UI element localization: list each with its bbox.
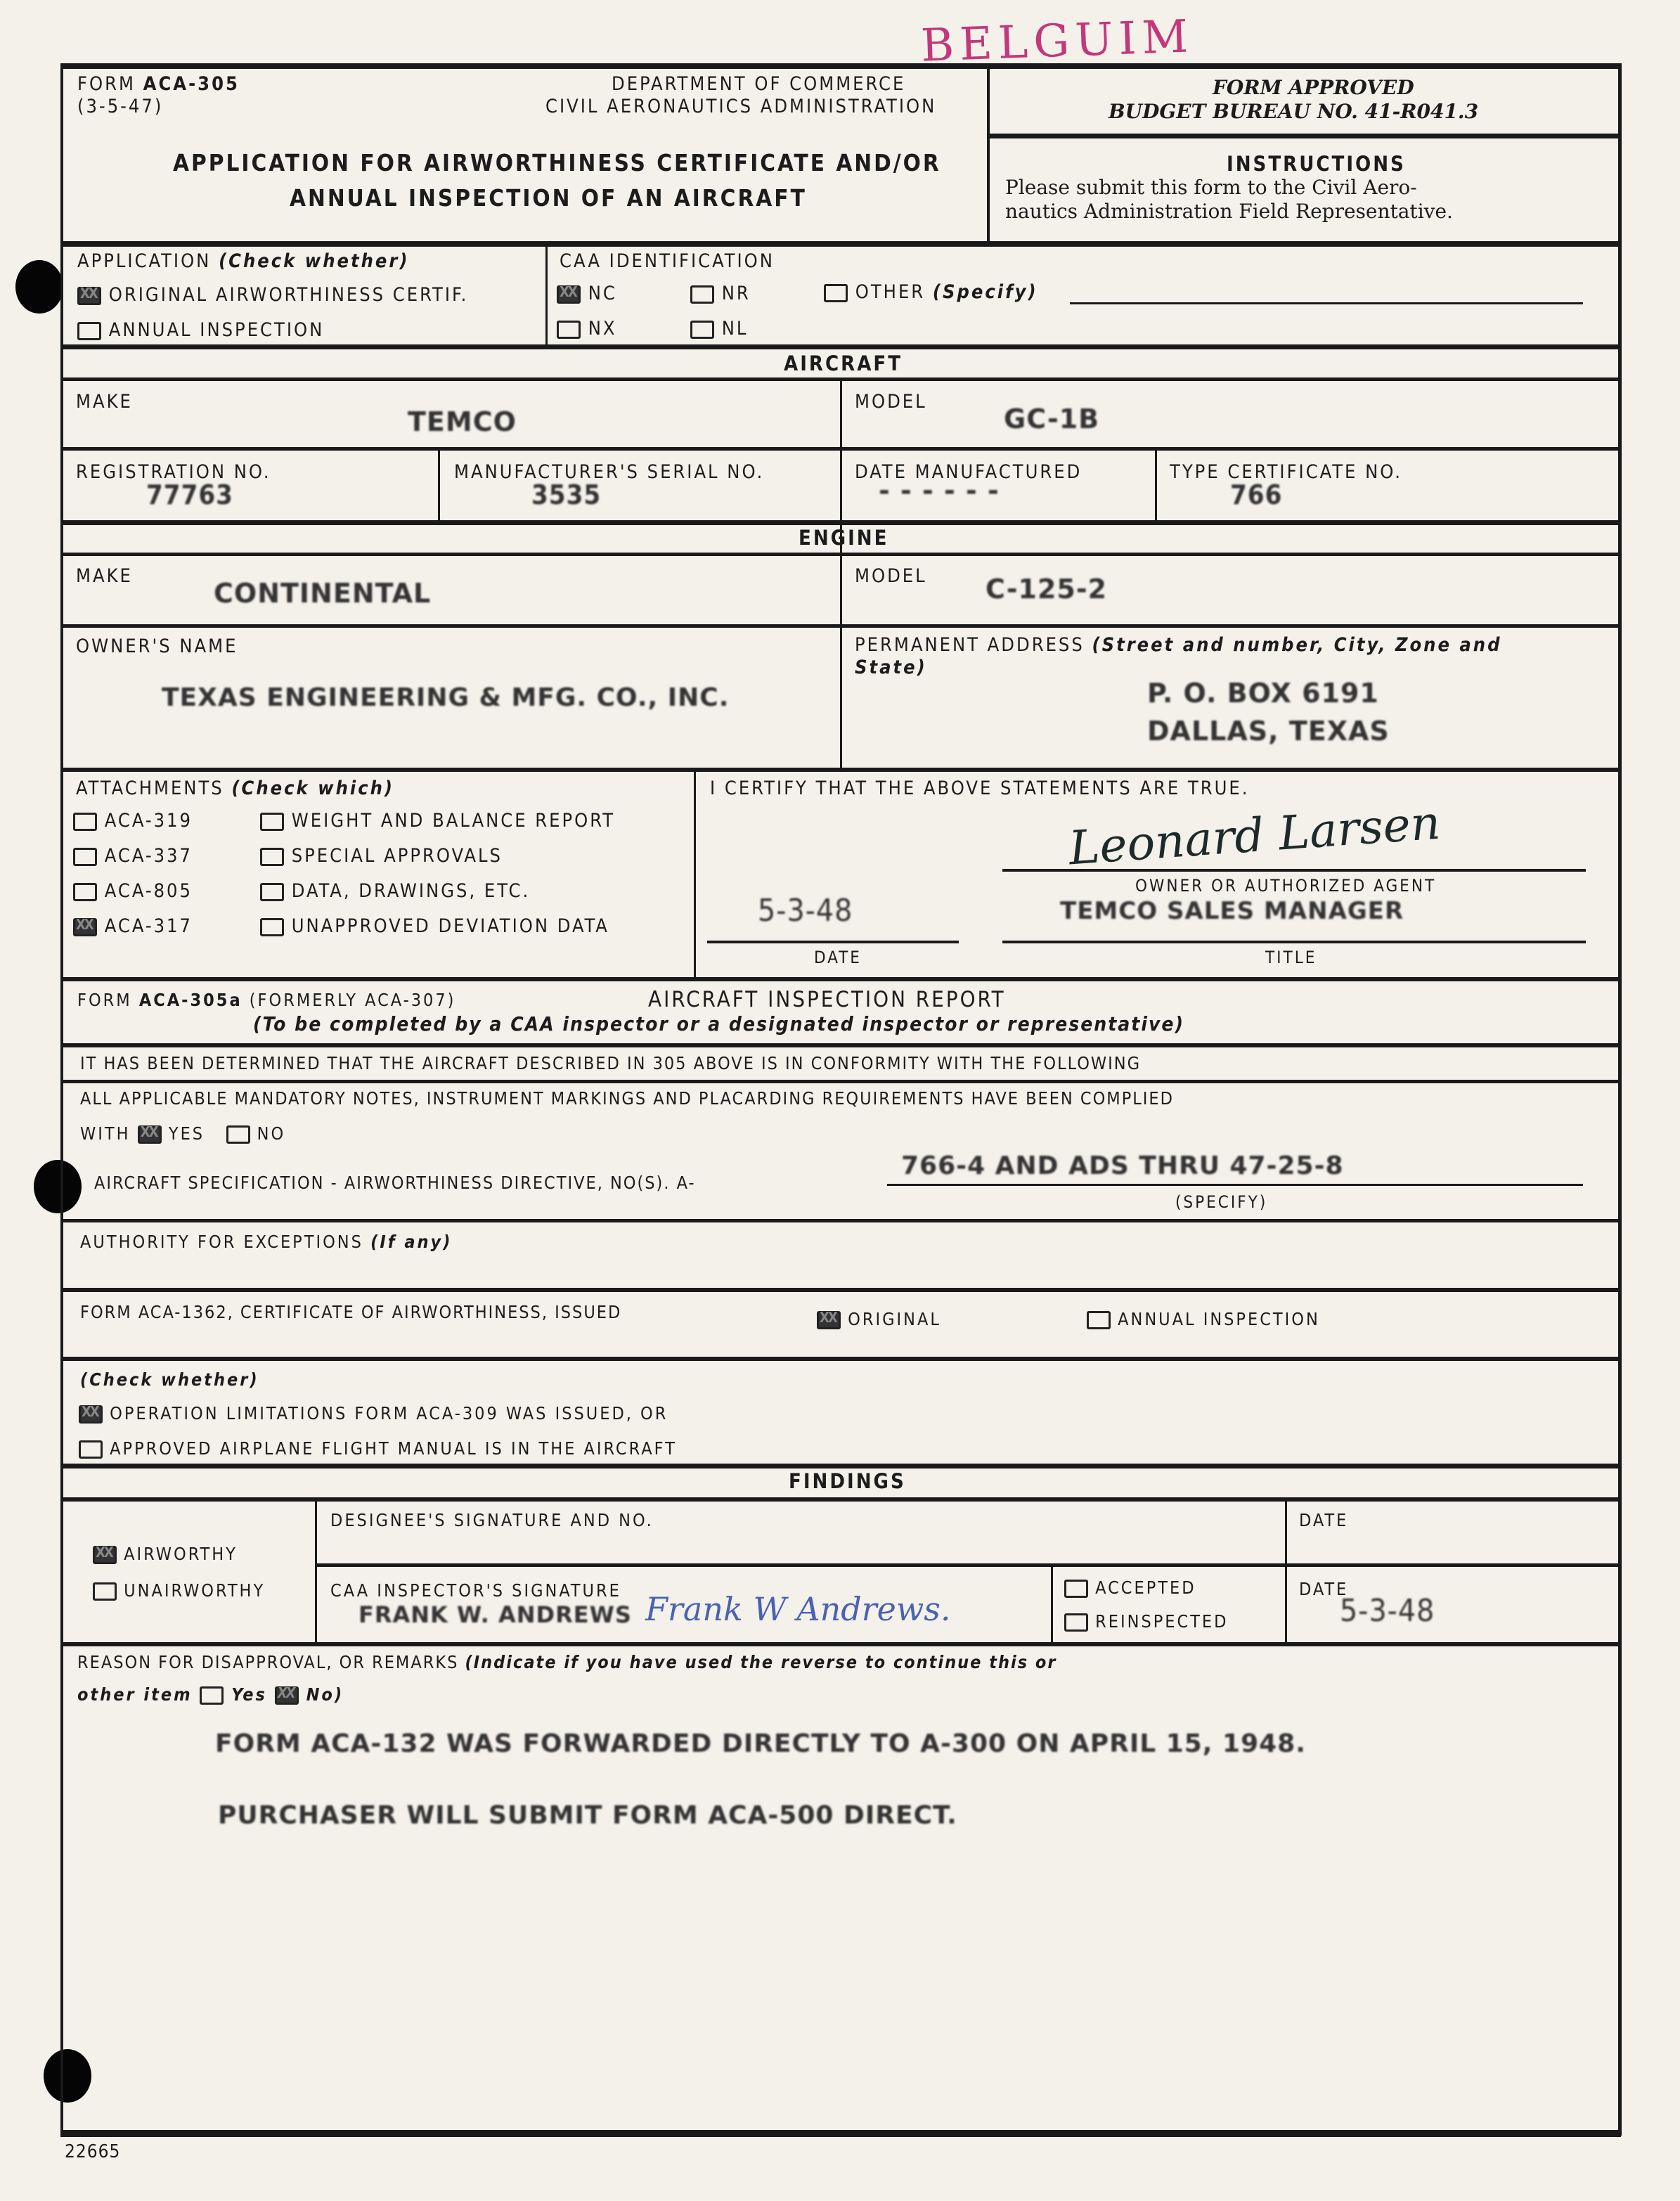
checkbox-label: No) <box>306 1684 344 1705</box>
frame-bottom <box>60 2130 1621 2137</box>
certification-title-value[interactable]: TEMCO SALES MANAGER <box>1060 897 1404 925</box>
rule <box>60 553 1621 556</box>
checkbox-label: NR <box>722 283 751 304</box>
divider <box>694 769 696 979</box>
mandatory-statement: ALL APPLICABLE MANDATORY NOTES, INSTRUME… <box>80 1088 1174 1109</box>
checkbox-accepted[interactable] <box>1064 1580 1088 1598</box>
checkbox-reinspected[interactable] <box>1064 1613 1088 1632</box>
date-caption: DATE <box>814 948 862 967</box>
address-label: PERMANENT ADDRESS <box>855 634 1085 656</box>
remarks-line2[interactable]: PURCHASER WILL SUBMIT FORM ACA-500 DIREC… <box>218 1801 957 1830</box>
certificate-option-original[interactable]: ORIGINAL <box>817 1309 941 1329</box>
checkbox-label: DATA, DRAWINGS, ETC. <box>292 880 530 902</box>
engine-model-label: MODEL <box>855 565 927 587</box>
aircraft-make-label: MAKE <box>76 391 133 413</box>
address-line2[interactable]: DALLAS, TEXAS <box>1147 716 1390 747</box>
caa-option-nx[interactable]: NX <box>557 318 617 340</box>
address-hint-2: State) <box>855 657 927 678</box>
checkbox-special-approvals[interactable] <box>260 848 284 866</box>
designee-date-label: DATE <box>1299 1510 1348 1530</box>
punch-hole-top <box>15 260 63 314</box>
divider <box>315 1500 317 1646</box>
checkbox-original-airworthiness[interactable] <box>77 287 101 305</box>
signature-caption: OWNER OR AUTHORIZED AGENT <box>1135 876 1436 896</box>
remarks-line1[interactable]: FORM ACA-132 WAS FORWARDED DIRECTLY TO A… <box>215 1729 1306 1758</box>
address-line1[interactable]: P. O. BOX 6191 <box>1147 678 1379 709</box>
checkbox-data-drawings[interactable] <box>260 883 284 901</box>
mandatory-yes-option[interactable]: YES <box>138 1123 205 1144</box>
rule <box>60 1288 1621 1292</box>
review-accepted[interactable]: ACCEPTED <box>1064 1577 1196 1598</box>
divider <box>1051 1566 1053 1646</box>
application-label: APPLICATION <box>77 250 211 272</box>
rule <box>60 520 1621 525</box>
checkbox-weight-balance[interactable] <box>260 813 284 831</box>
report-form-number: ACA-305a <box>139 990 243 1010</box>
limitations-option-issued[interactable]: OPERATION LIMITATIONS FORM ACA-309 WAS I… <box>79 1403 668 1424</box>
other-hint: (Specify) <box>933 281 1038 303</box>
checkbox-reverse-yes[interactable] <box>200 1686 224 1705</box>
mandatory-no-option[interactable]: NO <box>226 1123 286 1144</box>
certificate-option-annual[interactable]: ANNUAL INSPECTION <box>1087 1309 1320 1329</box>
serial-label: MANUFACTURER'S SERIAL NO. <box>454 461 764 483</box>
punch-hole-bottom <box>44 2049 91 2103</box>
checkbox-label: NC <box>588 283 617 304</box>
aircraft-section-title: AIRCRAFT <box>784 351 903 375</box>
checkbox-nc[interactable] <box>557 285 581 304</box>
checkbox-other[interactable] <box>824 284 848 302</box>
checkbox-mandatory-no[interactable] <box>226 1125 250 1144</box>
checkbox-label: AIRWORTHY <box>124 1544 238 1564</box>
exceptions-label: AUTHORITY FOR EXCEPTIONS <box>80 1232 363 1252</box>
checkbox-label: ACA-805 <box>105 880 193 902</box>
checkbox-airworthy[interactable] <box>93 1546 117 1564</box>
remarks-hint-2: other item <box>77 1684 193 1705</box>
instructions-line2: nautics Administration Field Representat… <box>1005 200 1453 223</box>
reverse-no-option[interactable]: No) <box>275 1684 344 1705</box>
rule <box>316 1563 1621 1567</box>
limitations-option-manual[interactable]: APPROVED AIRPLANE FLIGHT MANUAL IS IN TH… <box>79 1438 677 1459</box>
checkbox-label: NL <box>722 318 749 340</box>
reverse-yes-option[interactable]: Yes <box>200 1684 267 1705</box>
attachment-data-drawings[interactable]: DATA, DRAWINGS, ETC. <box>260 880 530 902</box>
frame-left <box>60 63 63 2136</box>
agency-name: CIVIL AERONAUTICS ADMINISTRATION <box>545 96 936 117</box>
report-form-label: FORM <box>77 990 132 1010</box>
title-caption: TITLE <box>1265 948 1317 967</box>
aircraft-model-value[interactable]: GC-1B <box>1004 404 1099 434</box>
checkbox-aca-805[interactable] <box>73 883 97 901</box>
attachments-hint: (Check which) <box>231 777 394 799</box>
form-label: FORM <box>77 73 136 95</box>
instructions-line1: Please submit this form to the Civil Aer… <box>1005 176 1417 199</box>
findings-section-title: FINDINGS <box>789 1469 906 1493</box>
checkbox-label: UNAIRWORTHY <box>124 1580 265 1601</box>
finding-airworthy[interactable]: AIRWORTHY <box>93 1544 238 1564</box>
rule <box>60 1080 1621 1083</box>
rule <box>60 1642 1621 1646</box>
remarks-label: REASON FOR DISAPPROVAL, OR REMARKS <box>77 1652 458 1672</box>
conformity-statement: IT HAS BEEN DETERMINED THAT THE AIRCRAFT… <box>80 1053 1141 1073</box>
checkbox-label: ORIGINAL <box>848 1309 941 1329</box>
attachment-special-approvals[interactable]: SPECIAL APPROVALS <box>260 845 503 867</box>
exceptions-hint: (If any) <box>370 1232 452 1252</box>
signature-line <box>1002 869 1586 872</box>
engine-model-value[interactable]: C-125-2 <box>986 574 1107 605</box>
certification-date-value[interactable]: 5-3-48 <box>758 893 853 929</box>
owner-signature[interactable]: Leonard Larsen <box>1067 796 1442 876</box>
checkbox-label: UNAPPROVED DEVIATION DATA <box>292 915 609 937</box>
checkbox-nx[interactable] <box>557 321 581 339</box>
rule <box>60 977 1621 981</box>
caa-identification-label: CAA IDENTIFICATION <box>560 250 775 272</box>
inspection-report-subtitle: (To be completed by a CAA inspector or a… <box>253 1012 1184 1035</box>
check-whether-label: (Check whether) <box>80 1369 259 1390</box>
application-divider <box>545 241 548 348</box>
checkbox-label: NO <box>257 1123 286 1144</box>
checkbox-nr[interactable] <box>690 285 714 304</box>
checkbox-label: ACA-337 <box>105 845 193 867</box>
frame-right <box>1618 63 1622 2136</box>
spec-hint: (SPECIFY) <box>1175 1192 1267 1212</box>
checkbox-mandatory-yes[interactable] <box>138 1125 162 1144</box>
checkbox-aca-337[interactable] <box>73 848 97 866</box>
checkbox-label: OPERATION LIMITATIONS FORM ACA-309 WAS I… <box>110 1403 668 1424</box>
checkbox-label: ACCEPTED <box>1095 1577 1196 1598</box>
date-manufactured-value[interactable]: - - - - - - <box>879 475 1000 506</box>
checkbox-label: ORIGINAL AIRWORTHINESS CERTIF. <box>109 284 469 306</box>
caa-option-nc[interactable]: NC <box>557 283 617 304</box>
checkbox-operation-limitations[interactable] <box>79 1405 103 1424</box>
checkbox-label: NX <box>588 318 617 340</box>
inspector-signature[interactable]: Frank W Andrews. <box>645 1590 950 1628</box>
checkbox-certificate-annual[interactable] <box>1087 1311 1111 1329</box>
report-formerly: (FORMERLY ACA-307) <box>250 990 456 1010</box>
aircraft-model-label: MODEL <box>855 391 927 413</box>
address-hint: (Street and number, City, Zone and <box>1092 634 1501 656</box>
checkbox-label: REINSPECTED <box>1095 1611 1228 1632</box>
application-option-annual[interactable]: ANNUAL INSPECTION <box>77 319 324 341</box>
attachments-label: ATTACHMENTS <box>76 777 224 799</box>
instructions-title: INSTRUCTIONS <box>1227 152 1406 176</box>
caa-option-nr[interactable]: NR <box>690 283 751 304</box>
with-label: WITH <box>80 1123 131 1144</box>
checkbox-reverse-no[interactable] <box>275 1686 299 1705</box>
caa-option-other[interactable]: OTHER (Specify) <box>824 281 1038 303</box>
spec-line <box>887 1184 1583 1186</box>
form-title-line1: APPLICATION FOR AIRWORTHINESS CERTIFICAT… <box>173 149 941 176</box>
serial-value[interactable]: 3535 <box>531 479 601 510</box>
remarks-hint: (Indicate if you have used the reverse t… <box>465 1652 1057 1672</box>
type-certificate-value[interactable]: 766 <box>1230 479 1282 510</box>
application-option-original[interactable]: ORIGINAL AIRWORTHINESS CERTIF. <box>77 284 468 306</box>
checkbox-flight-manual[interactable] <box>79 1440 103 1459</box>
designee-signature-label: DESIGNEE'S SIGNATURE AND NO. <box>330 1510 654 1530</box>
certification-statement: I CERTIFY THAT THE ABOVE STATEMENTS ARE … <box>710 777 1249 799</box>
checkbox-annual-inspection[interactable] <box>77 322 101 340</box>
attachment-unapproved-deviation[interactable]: UNAPPROVED DEVIATION DATA <box>260 915 609 937</box>
review-reinspected[interactable]: REINSPECTED <box>1064 1611 1228 1632</box>
checkbox-label: ACA-317 <box>105 915 193 937</box>
divider <box>438 448 440 522</box>
date-line <box>707 941 959 943</box>
frame-top <box>60 63 1621 69</box>
checkbox-aca-317[interactable] <box>73 918 97 936</box>
inspector-date-value[interactable]: 5-3-48 <box>1340 1593 1435 1629</box>
aircraft-make-value[interactable]: TEMCO <box>408 406 517 437</box>
rule <box>60 1043 1621 1047</box>
checkbox-label: YES <box>169 1123 205 1144</box>
divider <box>840 380 842 640</box>
title-line <box>1002 941 1586 943</box>
department-name: DEPARTMENT OF COMMERCE <box>612 73 905 95</box>
rule <box>60 1219 1621 1222</box>
checkbox-unairworthy[interactable] <box>93 1582 117 1601</box>
rule <box>60 1497 1621 1502</box>
checkbox-nl[interactable] <box>690 321 714 339</box>
divider <box>1155 448 1157 522</box>
other-specify-field[interactable] <box>1070 302 1583 304</box>
checkbox-label: WEIGHT AND BALANCE REPORT <box>292 810 615 832</box>
document-number: 22665 <box>65 2141 120 2162</box>
attachment-aca-317[interactable]: ACA-317 <box>73 915 193 937</box>
form-number: ACA-305 <box>143 73 240 95</box>
inspection-report-title: AIRCRAFT INSPECTION REPORT <box>648 987 1006 1012</box>
spec-value[interactable]: 766-4 AND ADS THRU 47-25-8 <box>901 1151 1344 1180</box>
divider <box>840 626 842 770</box>
engine-make-value[interactable]: CONTINENTAL <box>214 578 431 609</box>
checkbox-label: ANNUAL INSPECTION <box>109 319 325 341</box>
form-approved: FORM APPROVED <box>1213 76 1414 99</box>
attachment-aca-337[interactable]: ACA-337 <box>73 845 193 867</box>
rule <box>60 1357 1621 1361</box>
application-hint: (Check whether) <box>219 250 409 272</box>
rule <box>60 1464 1621 1469</box>
checkbox-label: ANNUAL INSPECTION <box>1118 1309 1320 1329</box>
inspector-signature-label: CAA INSPECTOR'S SIGNATURE <box>330 1580 621 1601</box>
checkbox-label: OTHER <box>855 281 925 303</box>
rule <box>60 768 1621 772</box>
rule <box>60 344 1621 349</box>
checkbox-aca-319[interactable] <box>73 813 97 831</box>
owner-name-value[interactable]: TEXAS ENGINEERING & MFG. CO., INC. <box>162 683 729 712</box>
checkbox-label: ACA-319 <box>105 810 193 832</box>
checkbox-unapproved-deviation[interactable] <box>260 918 284 936</box>
attachment-aca-805[interactable]: ACA-805 <box>73 880 193 902</box>
spec-label: AIRCRAFT SPECIFICATION - AIRWORTHINESS D… <box>94 1173 696 1193</box>
header-divider <box>987 63 990 245</box>
attachment-weight-balance[interactable]: WEIGHT AND BALANCE REPORT <box>260 810 615 832</box>
inspector-name: FRANK W. ANDREWS <box>358 1601 632 1628</box>
checkbox-label: Yes <box>231 1684 267 1705</box>
type-certificate-label: TYPE CERTIFICATE NO. <box>1170 461 1402 483</box>
owner-name-label: OWNER'S NAME <box>76 635 238 657</box>
certificate-issued-label: FORM ACA-1362, CERTIFICATE OF AIRWORTHIN… <box>80 1302 621 1322</box>
punch-hole-middle <box>34 1160 82 1213</box>
attachment-aca-319[interactable]: ACA-319 <box>73 810 193 832</box>
form-title-line2: ANNUAL INSPECTION OF AN AIRCRAFT <box>290 184 807 212</box>
rule <box>60 447 1621 451</box>
checkbox-certificate-original[interactable] <box>817 1311 841 1329</box>
registration-value[interactable]: 77763 <box>146 479 233 510</box>
approval-divider <box>987 134 1620 138</box>
rule <box>60 241 1621 247</box>
engine-section-title: ENGINE <box>799 526 889 550</box>
engine-make-label: MAKE <box>76 565 133 587</box>
budget-bureau-number: BUDGET BUREAU NO. 41-R041.3 <box>1109 100 1478 123</box>
finding-unairworthy[interactable]: UNAIRWORTHY <box>93 1580 265 1601</box>
checkbox-label: APPROVED AIRPLANE FLIGHT MANUAL IS IN TH… <box>110 1438 677 1459</box>
caa-option-nl[interactable]: NL <box>690 318 748 340</box>
divider <box>1285 1500 1287 1646</box>
form-revision-date: (3-5-47) <box>77 96 163 117</box>
checkbox-label: SPECIAL APPROVALS <box>292 845 503 867</box>
